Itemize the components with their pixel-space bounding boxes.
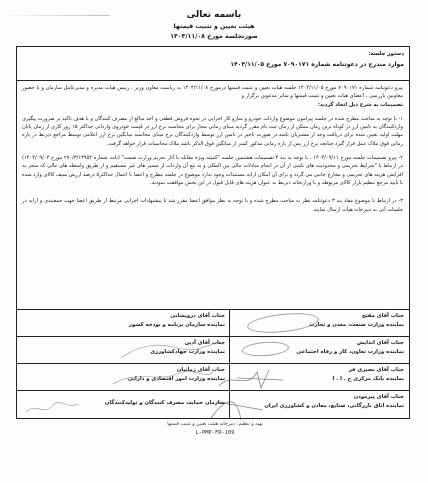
signature-scribble xyxy=(217,366,287,392)
signatory-cell: جناب آقای درویشانی نماینده سازمان برنامه… xyxy=(17,310,230,337)
header-title: باسمه تعالی xyxy=(0,8,428,22)
decision-item-1: ۱- با توجه به مباحث مطرح شده در جلسه پیر… xyxy=(22,115,403,148)
header-minutes-date: صورتجلسه مورخ ۱۴۰۴/۱۱/۰۸ xyxy=(0,32,428,42)
item-text: پیرو تصمیمات جلسه مورخ ۱۴۰۴/۰۹/۱۱ ، با ت… xyxy=(22,155,403,186)
intro-paragraph: پیرو دعوتنامه شماره ۷۰۹۰۱۷۱ مورخ ۱۴۰۴/۱۱… xyxy=(22,84,403,101)
agenda-label: دستور جلسه: xyxy=(22,50,404,59)
signatories-table: جناب آقای مفتح نماینده وزارت صنعت، معدن … xyxy=(17,309,409,419)
item-number: ۲- xyxy=(398,155,403,161)
item-text: با توجه به مباحث مطرح شده در جلسه پیرامو… xyxy=(22,116,403,147)
document-header: باسمه تعالی هیئت تعیین و تثبیت قیمتها صو… xyxy=(0,8,428,42)
minutes-body: پیرو دعوتنامه شماره ۷۰۹۰۱۷۱ مورخ ۱۴۰۴/۱۱… xyxy=(17,81,409,309)
item-number: ۱- xyxy=(398,116,403,122)
document-footer: تهیه و تنظیم: دبیرخانه هیئت تعیین و تثبی… xyxy=(150,421,280,437)
signatory-org: نماینده سازمان برنامه و بودجه کشور xyxy=(22,321,225,330)
decisions-label: تصمیمات به شرح ذیل اتخاذ گردید: xyxy=(22,101,403,109)
signature-scribble xyxy=(107,368,217,388)
agenda-text: موارد مندرج در دعوتنامه شماره ۷۰۹۰۱۷۱ مو… xyxy=(22,59,404,70)
signature-scribble xyxy=(207,392,267,422)
agenda-section: دستور جلسه: موارد مندرج در دعوتنامه شمار… xyxy=(17,47,409,81)
minutes-frame: دستور جلسه: موارد مندرج در دعوتنامه شمار… xyxy=(16,46,410,419)
item-number: ۳- xyxy=(398,198,403,204)
item-text: در ارتباط با موضوع مفاد بند ۳ دعوتنامه ن… xyxy=(22,198,403,212)
header-org: هیئت تعیین و تثبیت قیمتها xyxy=(0,22,428,32)
form-code: L-PMP-FR-109 xyxy=(150,429,280,437)
document-page: باسمه تعالی هیئت تعیین و تثبیت قیمتها صو… xyxy=(0,0,428,483)
decision-item-2: ۲- پیرو تصمیمات جلسه مورخ ۱۴۰۴/۰۹/۱۱ ، ب… xyxy=(22,154,403,187)
decision-item-3: ۳- در ارتباط با موضوع مفاد بند ۳ دعوتنام… xyxy=(22,197,403,214)
signature-scribble xyxy=(117,340,227,362)
prepared-by-note: تهیه و تنظیم: دبیرخانه هیئت تعیین و تثبی… xyxy=(150,421,280,429)
signatory-name: جناب آقای درویشانی xyxy=(22,312,225,321)
signature-scribble xyxy=(22,400,82,418)
